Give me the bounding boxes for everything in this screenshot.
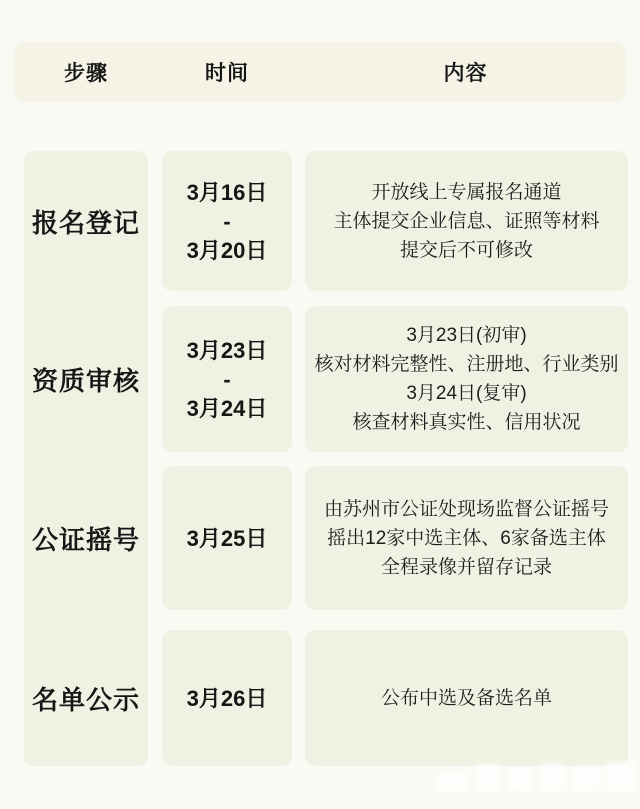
content-cell-row4: 公布中选及备选名单: [305, 630, 628, 766]
content-line: 主体提交企业信息、证照等材料: [333, 207, 599, 236]
content-line: 全程录像并留存记录: [381, 553, 552, 582]
time-line: 3月16日: [187, 178, 268, 207]
header-content: 内容: [305, 42, 626, 102]
time-cell-row4: 3月26日: [162, 630, 292, 766]
watermark-glyph: [539, 763, 567, 790]
time-cell-row1: 3月16日 - 3月20日: [162, 151, 292, 291]
watermark-glyph: [475, 764, 501, 790]
time-line: 3月20日: [187, 236, 268, 265]
step-column: 报名登记 资质审核 公证摇号 名单公示: [24, 151, 148, 766]
content-line: 核对材料完整性、注册地、行业类别: [314, 350, 618, 379]
content-line: 3月23日(初审): [406, 321, 526, 350]
content-cell-row1: 开放线上专属报名通道 主体提交企业信息、证照等材料 提交后不可修改: [305, 151, 628, 291]
step-label-row3: 公证摇号: [24, 466, 148, 610]
time-line: 3月25日: [187, 524, 268, 553]
content-line: 提交后不可修改: [400, 236, 533, 265]
time-line: 3月24日: [187, 394, 268, 423]
header-step: 步骤: [24, 42, 148, 102]
table-header-bar: 步骤 时间 内容: [14, 42, 626, 102]
time-line: -: [223, 207, 230, 236]
step-label-row4: 名单公示: [24, 630, 148, 766]
time-line: 3月26日: [187, 684, 268, 713]
step-label-row2: 资质审核: [24, 306, 148, 452]
content-cell-row3: 由苏州市公证处现场监督公证摇号 摇出12家中选主体、6家备选主体 全程录像并留存…: [305, 466, 628, 610]
watermark-glyph: [508, 768, 532, 790]
content-line: 开放线上专属报名通道: [371, 178, 561, 207]
watermark-glyph: [573, 766, 599, 790]
content-line: 3月24日(复审): [406, 379, 526, 408]
content-cell-row2: 3月23日(初审) 核对材料完整性、注册地、行业类别 3月24日(复审) 核查材…: [305, 306, 628, 452]
time-cell-row2: 3月23日 - 3月24日: [162, 306, 292, 452]
content-line: 摇出12家中选主体、6家备选主体: [327, 524, 606, 553]
content-line: 核查材料真实性、信用状况: [352, 408, 580, 437]
header-time: 时间: [162, 42, 292, 102]
time-line: -: [223, 365, 230, 394]
watermark-glyph: [438, 772, 468, 790]
time-cell-row3: 3月25日: [162, 466, 292, 610]
time-line: 3月23日: [187, 336, 268, 365]
content-line: 公布中选及备选名单: [381, 684, 552, 713]
step-label-row1: 报名登记: [24, 151, 148, 291]
watermark-glyph: [606, 762, 634, 790]
schedule-infographic: 步骤 时间 内容 报名登记 资质审核 公证摇号 名单公示 3月16日 - 3月2…: [0, 0, 640, 809]
content-line: 由苏州市公证处现场监督公证摇号: [324, 495, 609, 524]
